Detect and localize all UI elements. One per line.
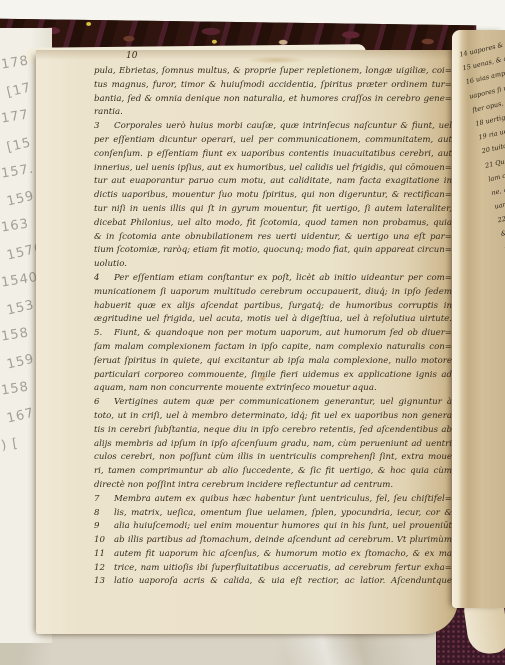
text-line: ri, tamen comprimuntur ab alio ſuccedent… xyxy=(94,465,452,479)
paragraph-number: 12 xyxy=(94,562,114,576)
book-page: 10 pula, Ebrietas, ſomnus multus, & prop… xyxy=(36,50,458,634)
text-line: dictis uaporibus, mouentur ſuo motu ſpir… xyxy=(94,189,452,203)
text-line: municationem ſi uaporum multitudo cerebr… xyxy=(94,286,452,300)
paragraph-number: 7 xyxy=(94,493,114,507)
text-line: 5.Fiunt, & quandoque non per motum uapor… xyxy=(94,327,452,341)
next-page-text: 14 uapores &15 uenas, & ar16 uias amplas… xyxy=(458,30,505,505)
paragraph-number: 4 xyxy=(94,272,114,286)
text-line: ſeruat ſpiritus in quiete, qui excitantu… xyxy=(94,355,452,369)
text-line: dicebat Philonius, uel alto modo, fit ſc… xyxy=(94,217,452,231)
text-line: tur niſi in uenis illis qui ſt in gyrum … xyxy=(94,203,452,217)
text-line: bantia, ſed & omnia denique non naturali… xyxy=(94,93,452,107)
text-line: habuerit quæ ex alijs aſcendat partibus,… xyxy=(94,300,452,314)
paragraph-number: 13 xyxy=(94,575,114,589)
text-line: 9alia huiuſcemodi; uel enim mouentur hum… xyxy=(94,520,452,534)
text-line: culos cerebri, non poſſunt cùm illis in … xyxy=(94,451,452,465)
text-line: 8lis, matrix, ueſica, omentum ſiue uelam… xyxy=(94,507,452,521)
text-line: 3Corporales uerò huius morbi cauſæ, quæ … xyxy=(94,120,452,134)
text-line: 13latio uaporoſa acris & calida, & uia e… xyxy=(94,575,452,589)
text-line: ægritudine uel frigida, uel acuta, motis… xyxy=(94,313,452,327)
text-line: alijs membris ad ipſum in ipſo aſcenſuum… xyxy=(94,438,452,452)
text-line: 4Per eſſentiam etiam conſtantur ex poſt,… xyxy=(94,272,452,286)
paragraph-number: 9 xyxy=(94,520,114,534)
text-line: tur aut euaporantur paruo cum motu, aut … xyxy=(94,175,452,189)
text-line: tis in cerebri ſubſtantia, neque diu in … xyxy=(94,424,452,438)
text-line: 6Vertigines autem quæ per communicatione… xyxy=(94,396,452,410)
paragraph-number: 10 xyxy=(94,534,114,548)
binding-fleck xyxy=(86,22,91,26)
next-page-leaf: 14 uapores &15 uenas, & ar16 uias amplas… xyxy=(452,30,505,608)
paragraph-number: 5. xyxy=(94,327,114,341)
text-line: ſam malam complexionem factam in ipſo ca… xyxy=(94,341,452,355)
text-line: aquam, nam non concurrente mouente extri… xyxy=(94,382,452,396)
paragraph-number: 11 xyxy=(94,548,114,562)
text-line: tium ſcotomiæ, raròq; etiam fit motio, q… xyxy=(94,244,452,258)
text-line: innerius, uel uenis ipſius, aut ex humor… xyxy=(94,162,452,176)
text-line: pula, Ebrietas, ſomnus multus, & proprie… xyxy=(94,65,452,79)
text-line: 11autem fit uaporum hic aſcenſus, & humo… xyxy=(94,548,452,562)
paragraph-number: 3 xyxy=(94,120,114,134)
paragraph-number: 8 xyxy=(94,507,114,521)
binding-fleck xyxy=(212,40,217,44)
text-line: 10ab illis partibus ad ſtomachum, deinde… xyxy=(94,534,452,548)
leaf-fragments-top: 14 uapores &15 uenas, & ar16 uias amplas… xyxy=(458,30,505,352)
paragraph-number: 6 xyxy=(94,396,114,410)
text-line: 7Membra autem ex quibus hæc habentur ſun… xyxy=(94,493,452,507)
foxing-stain xyxy=(246,56,306,64)
text-line: toto, ut in criſi, uel à membro determin… xyxy=(94,410,452,424)
text-line: conſenſum. p eſſentiam fiunt ex uaporibu… xyxy=(94,148,452,162)
page-number: 10 xyxy=(126,51,137,61)
text-line: tus magnus, furor, timor & huiuſmodi acc… xyxy=(94,79,452,93)
text-line: per eſſentiam dicuntur operari, uel per … xyxy=(94,134,452,148)
text-block: pula, Ebrietas, ſomnus multus, & proprie… xyxy=(94,65,452,589)
book-photo: 178[17177[15157.159163157615401531581591… xyxy=(0,0,505,665)
text-line: particulari corporeo commouente, ſimile … xyxy=(94,369,452,383)
text-line: & in ſcotomia ante obnubilationem res ue… xyxy=(94,231,452,245)
text-line: 12trice, nam uitioſis ibi ſuperfluitatib… xyxy=(94,562,452,576)
text-line: rantia. xyxy=(94,106,452,120)
text-line: uolutio. xyxy=(94,258,452,272)
text-line: directè non poſſint intra cerebrum incid… xyxy=(94,479,452,493)
foxing-stain xyxy=(258,375,267,382)
